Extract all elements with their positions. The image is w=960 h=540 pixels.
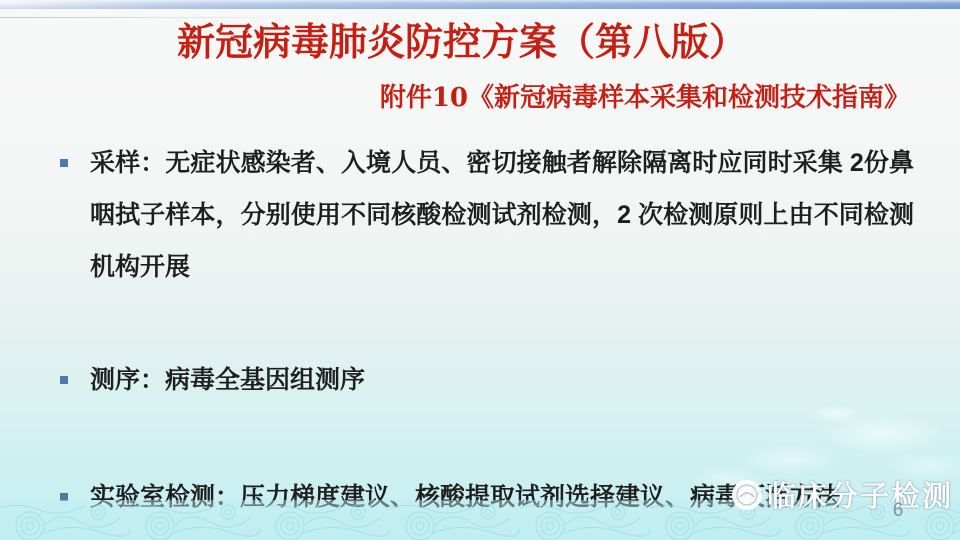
bullet-square-icon [60, 376, 68, 384]
top-divider-line [0, 17, 320, 18]
watermark-text: 临床分子检测 [767, 474, 953, 515]
bullet-square-icon [60, 159, 68, 167]
page-number: 6 [886, 500, 910, 522]
top-accent-bar [0, 0, 960, 9]
circle-emblem-icon [731, 479, 763, 511]
bullet-text: 采样：无症状感染者、入境人员、密切接触者解除隔离时应同时采集 2份鼻咽拭子样本，… [90, 137, 914, 293]
slide-subtitle: 附件10《新冠病毒样本采集和检测技术指南》 [380, 84, 910, 112]
bullet-item-sampling: 采样：无症状感染者、入境人员、密切接触者解除隔离时应同时采集 2份鼻咽拭子样本，… [60, 137, 914, 293]
presentation-slide: 新冠病毒肺炎防控方案（第八版） 附件10《新冠病毒样本采集和检测技术指南》 采样… [0, 0, 960, 540]
watermark: 临床分子检测 [731, 474, 953, 515]
slide-title: 新冠病毒肺炎防控方案（第八版） [0, 22, 924, 62]
